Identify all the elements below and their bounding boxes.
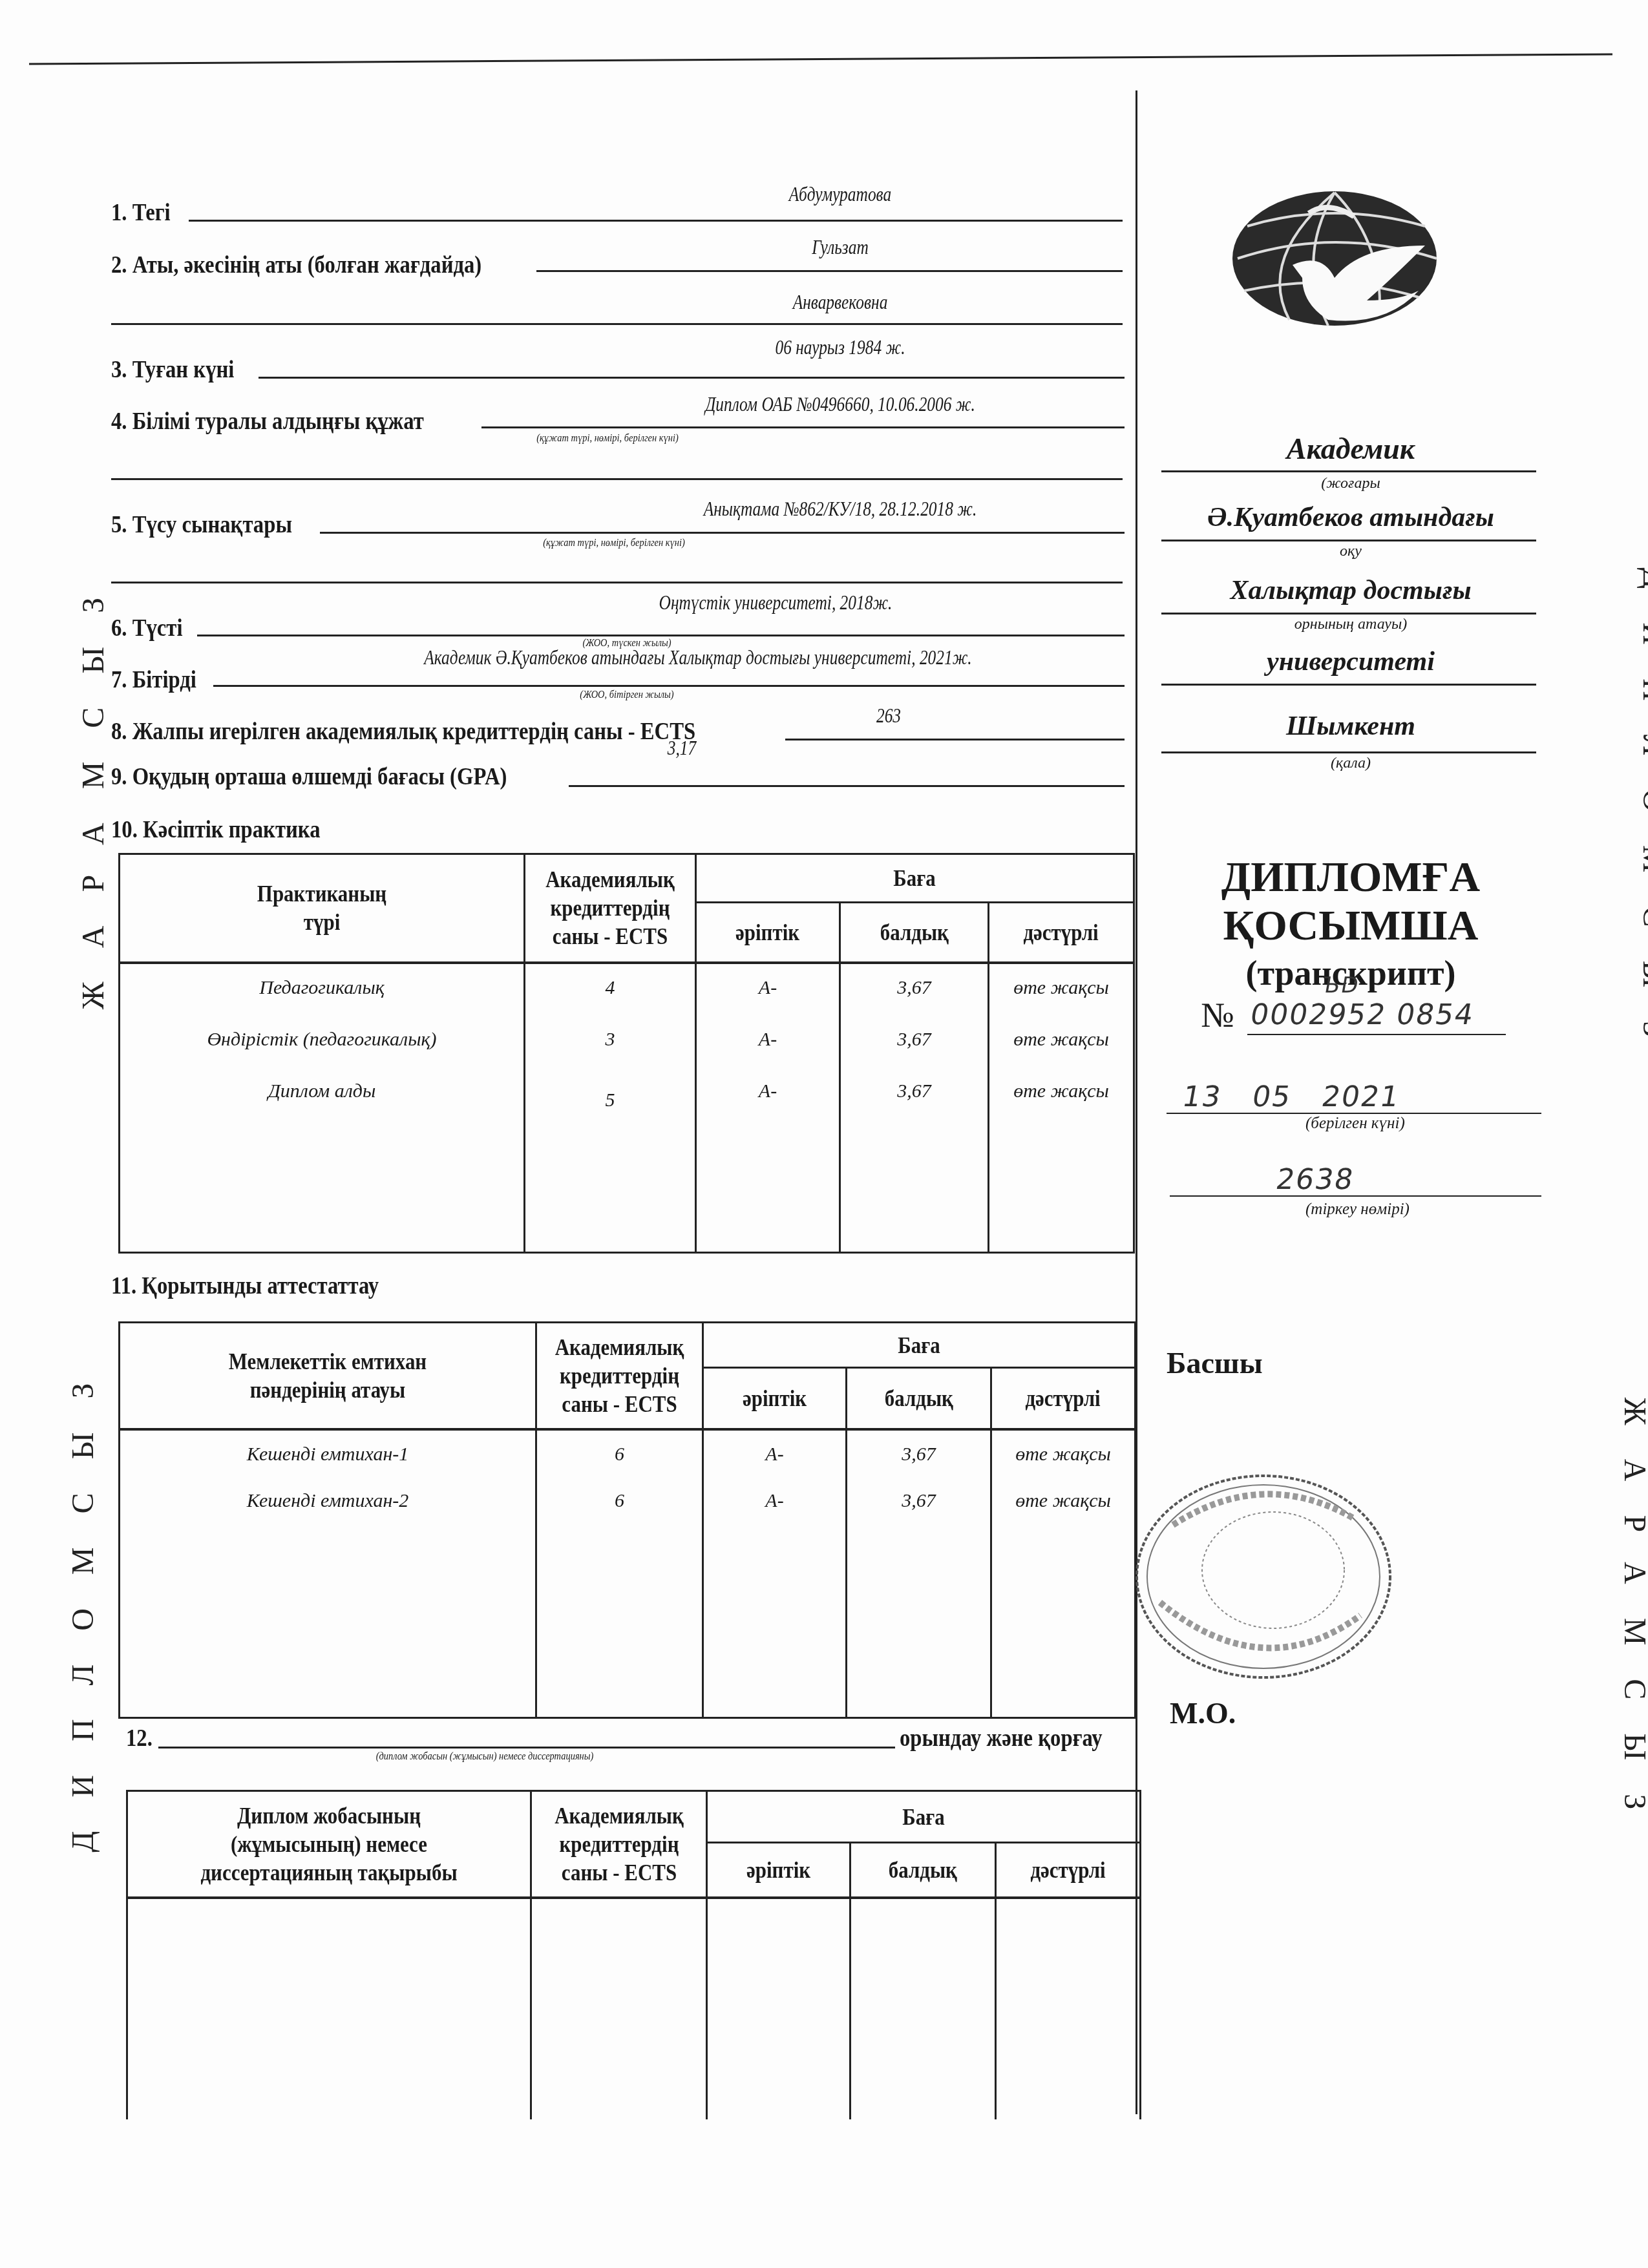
registration-handwritten: 2638 bbox=[1274, 1163, 1357, 1196]
attestation-row-points: 3,67 bbox=[847, 1477, 990, 1529]
attestation-row-credits: 6 bbox=[537, 1477, 702, 1529]
field-surname-label: 1. Тегі bbox=[111, 198, 171, 227]
issue-date-handwritten: 13 05 2021 bbox=[1180, 1080, 1403, 1113]
field-birthdate-label: 3. Туған күні bbox=[111, 355, 234, 384]
field-prev-doc-value: Диплом ОАБ №0496660, 10.06.2006 ж. bbox=[628, 393, 1052, 416]
practice-header-grade: Баға bbox=[696, 854, 1134, 903]
number-prefix: № bbox=[1201, 995, 1234, 1035]
practice-row-points: 3,67 bbox=[841, 1067, 988, 1119]
institution-rule-5 bbox=[1161, 751, 1536, 753]
attestation-row-credits: 6 bbox=[537, 1431, 702, 1477]
section-11-title: 11. Қорытынды аттестаттау bbox=[111, 1272, 379, 1300]
thesis-col-traditional bbox=[996, 1898, 1141, 2120]
section-12-hint: (диплом жобасын (жұмысын) немесе диссерт… bbox=[348, 1750, 622, 1763]
attestation-row-traditional: өте жақсы bbox=[992, 1431, 1134, 1477]
institution-hint-5: (қала) bbox=[1157, 755, 1545, 772]
series-handwritten: ЪD bbox=[1319, 972, 1362, 998]
field-graduated-value: Академик Ә.Қуатбеков атындағы Халықтар д… bbox=[380, 646, 1016, 669]
field-name-line bbox=[536, 270, 1123, 272]
field-birthdate-value: 06 наурыз 1984 ж. bbox=[655, 336, 1026, 359]
field-gpa-label: 9. Оқудың орташа өлшемді бағасы (GPA) bbox=[111, 762, 507, 791]
practice-col-letter: А- А- А- bbox=[696, 963, 840, 1253]
attestation-col-points: 3,67 3,67 bbox=[847, 1429, 991, 1718]
issue-date-line bbox=[1167, 1113, 1541, 1114]
registration-line bbox=[1170, 1195, 1541, 1197]
globe-dove-logo-icon bbox=[1231, 187, 1444, 330]
practice-row-points: 3,67 bbox=[841, 1016, 988, 1067]
attestation-row-name: Кешенді емтихан-2 bbox=[120, 1477, 535, 1529]
section-12-suffix: орындау және қорғау bbox=[900, 1724, 1102, 1752]
number-handwritten: 0002952 0854 bbox=[1248, 998, 1477, 1031]
practice-row-name: Өндірістік (педагогикалық) bbox=[120, 1016, 523, 1067]
final-attestation-table: Мемлекеттік емтихан пәндерінің атауы Ака… bbox=[118, 1321, 1136, 1719]
field-ects-total-line bbox=[785, 739, 1125, 740]
institution-line-3: Халықтар достығы bbox=[1157, 575, 1545, 606]
institution-line-4: университеті bbox=[1157, 646, 1545, 677]
institution-rule-1 bbox=[1161, 470, 1536, 472]
attestation-row-letter: А- bbox=[704, 1431, 845, 1477]
top-border-line bbox=[29, 54, 1612, 65]
thesis-table: Диплом жобасының (жұмысының) немесе дисс… bbox=[126, 1790, 1141, 2119]
thesis-header-letter: әріптік bbox=[707, 1843, 850, 1898]
attestation-header-letter: әріптік bbox=[703, 1368, 847, 1429]
practice-row-letter: А- bbox=[697, 1016, 839, 1067]
practice-header-credits: Академиялық кредиттердің саны - ECTS bbox=[525, 854, 696, 963]
thesis-col-letter bbox=[707, 1898, 850, 2120]
seal-label: М.О. bbox=[1170, 1696, 1236, 1730]
practice-col-type: Педагогикалық Өндірістік (педагогикалық)… bbox=[120, 963, 525, 1253]
institution-rule-3 bbox=[1161, 613, 1536, 614]
field-gpa-value: 3,17 bbox=[642, 737, 722, 760]
attestation-header-grade: Баға bbox=[703, 1323, 1136, 1368]
official-seal-icon bbox=[1134, 1473, 1393, 1680]
field-graduated-line bbox=[213, 685, 1125, 687]
practice-header-letter: әріптік bbox=[696, 903, 840, 963]
field-gpa-line bbox=[569, 785, 1125, 787]
attestation-col-name: Кешенді емтихан-1 Кешенді емтихан-2 bbox=[120, 1429, 536, 1718]
attestation-header-traditional: дәстүрлі bbox=[991, 1368, 1136, 1429]
field-name-value: Гульзат bbox=[681, 236, 999, 259]
attestation-row-name: Кешенді емтихан-1 bbox=[120, 1431, 535, 1477]
section-12-number: 12. bbox=[126, 1724, 153, 1752]
field-patronymic-value: Анварвековна bbox=[681, 291, 999, 314]
attestation-header-points: балдық bbox=[847, 1368, 991, 1429]
thesis-header-topic: Диплом жобасының (жұмысының) немесе дисс… bbox=[127, 1791, 531, 1898]
field-enrolled-value: Оңтүстік университеті, 2018ж. bbox=[617, 591, 935, 614]
practice-row-name: Диплом алды bbox=[120, 1067, 523, 1119]
watermark-left-bottom: ДИПЛОМСЫЗ bbox=[65, 1350, 101, 1853]
institution-hint-1: (жоғары bbox=[1157, 475, 1545, 492]
institution-line-1: Академик bbox=[1157, 432, 1545, 466]
field-prev-doc-hint: (құжат түрі, нөмірі, берілген күні) bbox=[525, 432, 690, 445]
field-patronymic-line bbox=[111, 323, 1123, 325]
field-graduated-hint: (ЖОО, бітірген жылы) bbox=[567, 688, 688, 701]
institution-hint-2: оқу bbox=[1157, 543, 1545, 560]
number-line bbox=[1247, 1034, 1506, 1035]
thesis-col-topic bbox=[127, 1898, 531, 2120]
practice-header-type: Практиканың түрі bbox=[120, 854, 525, 963]
field-prev-doc-label: 4. Білімі туралы алдыңғы құжат bbox=[111, 407, 424, 436]
field-ects-total-value: 263 bbox=[849, 704, 929, 728]
field-entrance-line bbox=[320, 532, 1125, 534]
watermark-right-top: ДИПЛОМСЫЗ bbox=[1636, 568, 1648, 1071]
field-entrance-hint: (құжат түрі, нөмірі, берілген күні) bbox=[532, 536, 697, 549]
institution-hint-3: орнының атауы) bbox=[1157, 616, 1545, 633]
field-name-label: 2. Аты, әкесінің аты (болған жағдайда) bbox=[111, 251, 481, 279]
practice-col-points: 3,67 3,67 3,67 bbox=[840, 963, 989, 1253]
watermark-left-top: ЖАРАМСЫЗ bbox=[76, 564, 111, 1010]
practice-row-letter: А- bbox=[697, 1067, 839, 1119]
thesis-header-traditional: дәстүрлі bbox=[996, 1843, 1141, 1898]
attestation-col-credits: 6 6 bbox=[536, 1429, 703, 1718]
institution-city: Шымкент bbox=[1157, 711, 1545, 742]
institution-rule-4 bbox=[1161, 684, 1536, 686]
practice-row-credits: 5 bbox=[525, 1067, 695, 1119]
field-prev-doc-line2 bbox=[111, 478, 1123, 480]
field-entrance-value: Анықтама №862/КУ/18, 28.12.2018 ж. bbox=[628, 498, 1052, 521]
field-birthdate-line bbox=[259, 377, 1125, 379]
attestation-row-points: 3,67 bbox=[847, 1431, 990, 1477]
thesis-header-points: балдық bbox=[850, 1843, 996, 1898]
attestation-header-credits: Академиялық кредиттердің саны - ECTS bbox=[536, 1323, 703, 1429]
practice-col-credits: 4 3 5 bbox=[525, 963, 696, 1253]
practice-row-letter: А- bbox=[697, 964, 839, 1016]
institution-line-2: Ә.Қуатбеков атындағы bbox=[1157, 502, 1545, 533]
institution-rule-2 bbox=[1161, 540, 1536, 541]
attestation-col-letter: А- А- bbox=[703, 1429, 847, 1718]
thesis-header-credits: Академиялық кредиттердің саны - ECTS bbox=[531, 1791, 707, 1898]
section-10-title: 10. Кәсіптік практика bbox=[111, 815, 321, 844]
practice-row-credits: 4 bbox=[525, 964, 695, 1016]
field-surname-line bbox=[189, 220, 1123, 222]
practice-row-traditional: өте жақсы bbox=[989, 964, 1133, 1016]
section-12-line bbox=[158, 1747, 895, 1748]
field-entrance-label: 5. Түсу сынақтары bbox=[111, 510, 292, 539]
practice-header-points: балдық bbox=[840, 903, 989, 963]
practice-row-traditional: өте жақсы bbox=[989, 1067, 1133, 1119]
registration-hint: (тіркеу нөмірі) bbox=[1305, 1201, 1410, 1219]
field-ects-total-label: 8. Жалпы игерілген академиялық кредиттер… bbox=[111, 717, 695, 746]
field-enrolled-label: 6. Түсті bbox=[111, 614, 182, 642]
field-graduated-label: 7. Бітірді bbox=[111, 666, 196, 694]
thesis-header-grade: Баға bbox=[707, 1791, 1141, 1843]
field-entrance-line2 bbox=[111, 582, 1123, 583]
attestation-row-traditional: өте жақсы bbox=[992, 1477, 1134, 1529]
thesis-col-credits bbox=[531, 1898, 707, 2120]
field-surname-value: Абдумуратова bbox=[681, 183, 999, 206]
attestation-col-traditional: өте жақсы өте жақсы bbox=[991, 1429, 1136, 1718]
attestation-header-name: Мемлекеттік емтихан пәндерінің атауы bbox=[120, 1323, 536, 1429]
field-prev-doc-line bbox=[481, 426, 1125, 428]
practice-row-name: Педагогикалық bbox=[120, 964, 523, 1016]
practice-row-traditional: өте жақсы bbox=[989, 1016, 1133, 1067]
practice-header-traditional: дәстүрлі bbox=[989, 903, 1134, 963]
head-label: Басшы bbox=[1167, 1346, 1263, 1380]
practice-table: Практиканың түрі Академиялық кредиттерді… bbox=[118, 853, 1135, 1254]
thesis-col-points bbox=[850, 1898, 996, 2120]
practice-row-points: 3,67 bbox=[841, 964, 988, 1016]
practice-row-credits: 3 bbox=[525, 1016, 695, 1067]
watermark-right-bottom: ЖАРАМСЫЗ bbox=[1617, 1398, 1648, 1843]
attestation-row-letter: А- bbox=[704, 1477, 845, 1529]
doc-title-line-2: ҚОСЫМША bbox=[1157, 901, 1545, 950]
issue-date-hint: (берілген күні) bbox=[1305, 1115, 1405, 1133]
practice-col-traditional: өте жақсы өте жақсы өте жақсы bbox=[989, 963, 1134, 1253]
doc-title-line-1: ДИПЛОМҒА bbox=[1157, 853, 1545, 902]
